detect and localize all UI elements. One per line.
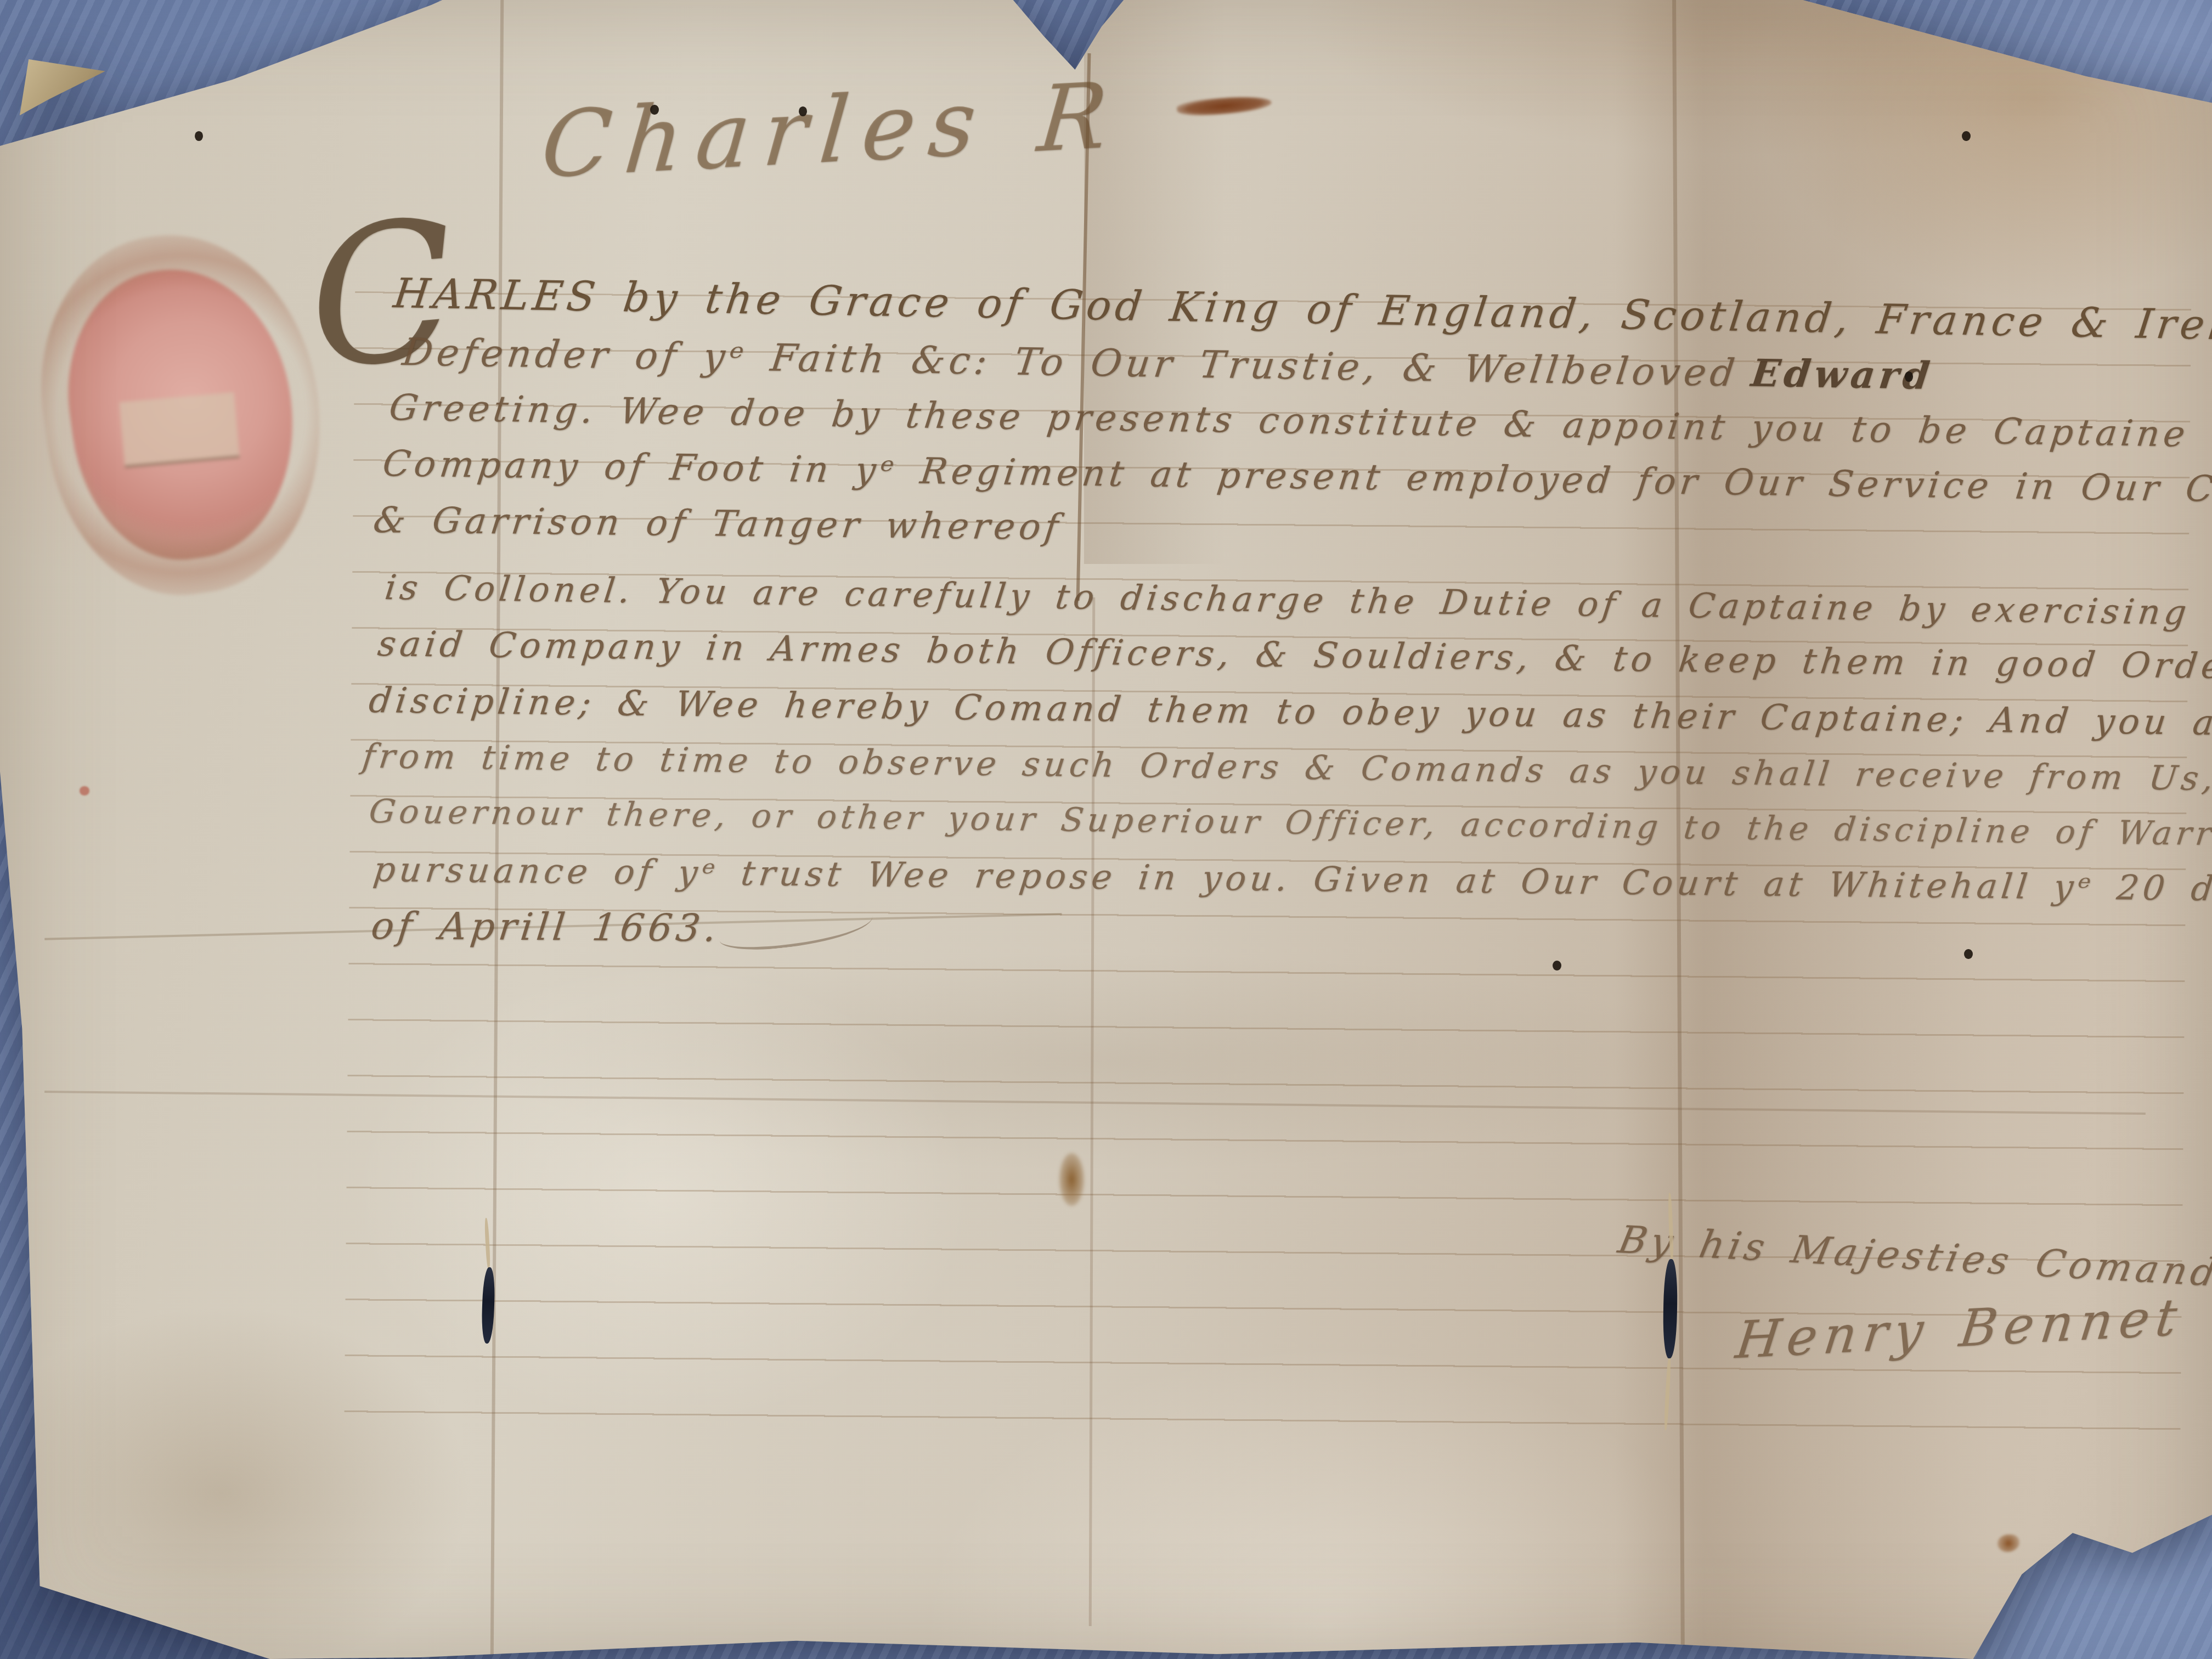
worm-hole: [1553, 961, 1561, 970]
red-wax-speck: [80, 786, 89, 795]
worm-hole: [195, 131, 203, 141]
manuscript-line-4: Company of Foot in yᵉ Regiment at presen…: [380, 443, 2212, 511]
seal-tag-thread: [484, 1217, 491, 1269]
vertical-fold-crease-left: [490, 0, 504, 1659]
ruled-guide-lines: [344, 291, 2191, 1470]
center-fold-crease: [1076, 53, 1091, 601]
secretary-signature: Henry Bennet: [1733, 1287, 2187, 1370]
fold-slit-left: [481, 1267, 496, 1344]
rust-stain: [2066, 1583, 2097, 1605]
manuscript-line-7: said Company in Armes both Officers, & S…: [376, 624, 2212, 688]
drop-capital: C: [303, 213, 465, 377]
manuscript-line-2: Defender of yᵉ Faith &c: To Our Trustie,…: [400, 330, 1936, 398]
manuscript-line-8: discipline; & Wee hereby Comand them to …: [367, 680, 2212, 744]
royal-sign-manual: Charles R: [537, 63, 1124, 199]
manuscript-line-12: of Aprill 1663.: [369, 904, 723, 950]
manuscript-line-9: from time to time to observe such Orders…: [360, 737, 2212, 799]
manuscript-line-11: pursuance of yᵉ trust Wee repose in you.…: [371, 849, 2212, 909]
seal-tag-thread: [1664, 1355, 1672, 1430]
wax-seal: [52, 255, 311, 573]
horizontal-crease-left: [44, 913, 1062, 940]
seal-paper-slip: [119, 392, 239, 468]
worm-hole: [1905, 371, 1913, 381]
seal-tag-thread: [1668, 1193, 1674, 1261]
center-fold-crease-lower: [1088, 597, 1094, 1626]
parchment-sheet: Charles R C HARLES by the Grace of God K…: [0, 0, 2212, 1659]
closing-formula: By his Majesties Comand: [1615, 1218, 2212, 1295]
center-fold-shadow: [1084, 0, 1261, 564]
photo-of-manuscript: Charles R C HARLES by the Grace of God K…: [0, 0, 2212, 1659]
manuscript-line-10: Gouernour there, or other your Superiour…: [367, 793, 2212, 855]
inserted-officer-name: Edward: [1749, 351, 1936, 398]
worm-hole: [1964, 949, 1972, 959]
vertical-fold-crease-right: [1672, 0, 1685, 1659]
rust-stain: [1997, 1534, 2019, 1552]
manuscript-line-5: & Garrison of Tanger whereof: [371, 499, 1064, 548]
ink-stain-streak: [1176, 94, 1272, 119]
worm-hole: [799, 106, 807, 116]
manuscript-line-3: Greeting. Wee doe by these presents cons…: [387, 387, 2212, 457]
manuscript-line-6: is Collonel. You are carefully to discha…: [382, 567, 2212, 634]
manuscript-line-2-text: Defender of yᵉ Faith &c: To Our Trustie,…: [400, 330, 1741, 395]
pen-flourish: [718, 903, 876, 955]
worm-hole: [1962, 131, 1970, 141]
curled-corner-flap: [9, 44, 111, 115]
fold-slit-right: [1662, 1259, 1678, 1359]
horizontal-crease-full: [44, 1091, 2146, 1115]
fold-smudge-stain: [1059, 1153, 1084, 1206]
worm-hole: [650, 105, 658, 115]
parchment-surface: Charles R C HARLES by the Grace of God K…: [0, 0, 2212, 1659]
manuscript-line-1: HARLES by the Grace of God King of Engla…: [391, 269, 2212, 351]
